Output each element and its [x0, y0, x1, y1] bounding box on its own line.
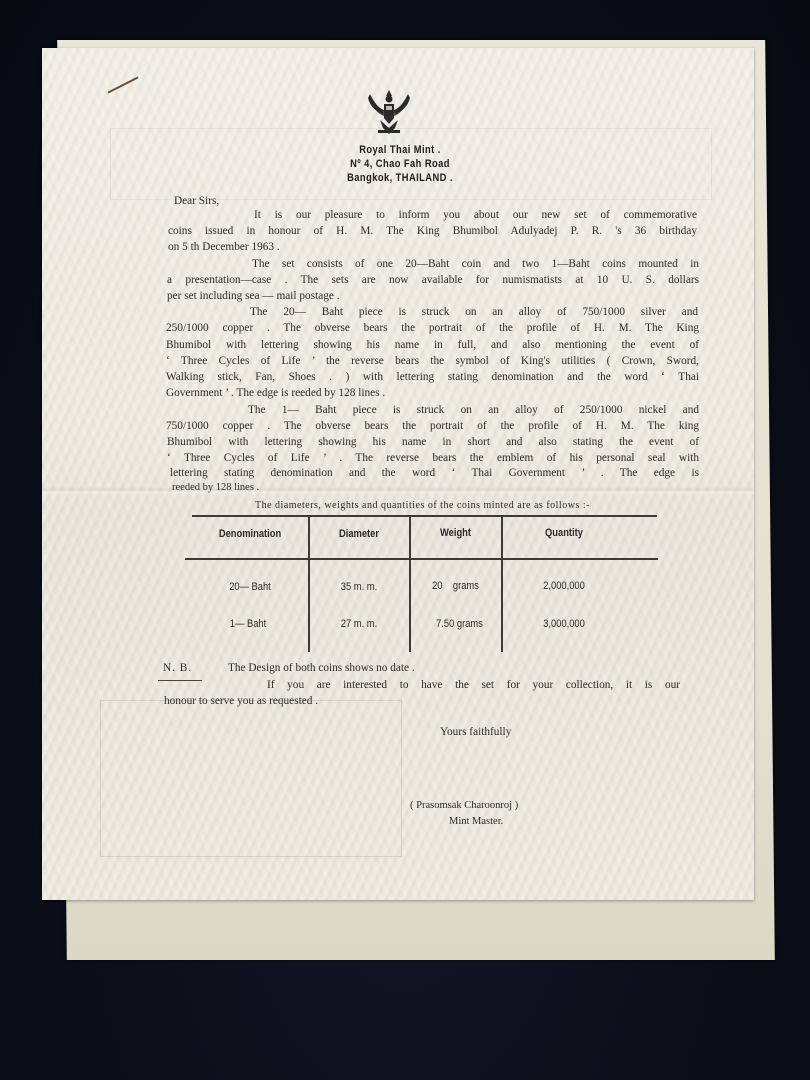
table-cell: 1— Baht — [200, 618, 295, 630]
nb-label: N. B. — [163, 662, 192, 674]
table-cell: 3,000,000 — [511, 618, 616, 630]
table-cell: 35 m. m. — [317, 581, 402, 593]
valediction: Yours faithfully — [440, 726, 511, 738]
paragraph3-line: 250/1000 copper . The obverse bears the … — [166, 322, 699, 334]
paragraph4-line: reeded by 128 lines . — [172, 482, 259, 493]
paragraph2-line: per set including sea — mail postage . — [167, 290, 340, 302]
paragraph1-line: on 5 th December 1963 . — [168, 241, 280, 253]
letterhead-line: Nº 4, Chao Fah Road — [315, 157, 485, 171]
letterhead-line: Bangkok, THAILAND . — [315, 171, 485, 185]
letterhead-line: Royal Thai Mint . — [315, 143, 485, 157]
paragraph3-line: ‘ Three Cycles of Life ’ the reverse bea… — [166, 355, 699, 367]
table-intro: The diameters, weights and quantities of… — [255, 500, 590, 511]
letterhead: Royal Thai Mint . Nº 4, Chao Fah Road Ba… — [315, 143, 485, 185]
paragraph3-line: Walking stick, Fan, Shoes . ) with lette… — [166, 371, 699, 383]
paragraph1-line: It is our pleasure to inform you about o… — [254, 209, 697, 221]
paragraph2-line: The set consists of one 20—Baht coin and… — [252, 258, 699, 270]
signatory-name: ( Prasomsak Charoonroj ) — [410, 800, 518, 811]
paragraph4-line: ‘ Three Cycles of Life ’ . The reverse b… — [167, 452, 699, 464]
paragraph3-line: Bhumibol with lettering showing his name… — [166, 339, 699, 351]
closing-line: honour to serve you as requested . — [164, 695, 318, 707]
paragraph4-line: 750/1000 copper . The obverse bears the … — [166, 420, 699, 432]
paragraph2-line: a presentation—case . The sets are now a… — [167, 274, 699, 286]
table-header: Quantity — [511, 527, 616, 539]
paper-fold — [42, 487, 754, 495]
table-header: Denomination — [201, 528, 300, 540]
signatory-title: Mint Master. — [449, 816, 503, 827]
table-cell: 7.50 grams — [421, 618, 498, 630]
garuda-emblem-icon — [364, 86, 414, 138]
table-header: Diameter — [317, 528, 402, 540]
nb-underline — [158, 680, 202, 681]
table-cell: 20 grams — [417, 580, 494, 592]
table-cell: 20— Baht — [201, 581, 300, 593]
show-through-table — [100, 700, 402, 857]
paragraph1-line: coins issued in honour of H. M. The King… — [168, 225, 697, 237]
nb-text: The Design of both coins shows no date . — [228, 662, 415, 674]
table-cell: 2,000,000 — [511, 580, 616, 592]
paragraph3-line: Government ’ . The edge is reeded by 128… — [166, 387, 385, 399]
table-header: Weight — [417, 527, 494, 539]
paragraph3-line: The 20— Baht piece is struck on an alloy… — [250, 306, 698, 318]
paragraph4-line: lettering stating denomination and the w… — [170, 467, 699, 479]
salutation: Dear Sirs, — [174, 195, 219, 207]
paragraph4-line: Bhumibol with lettering showing his name… — [167, 436, 699, 448]
closing-line: If you are interested to have the set fo… — [267, 679, 680, 691]
table-cell: 27 m. m. — [317, 618, 402, 630]
paragraph4-line: The 1— Baht piece is struck on an alloy … — [248, 404, 699, 416]
